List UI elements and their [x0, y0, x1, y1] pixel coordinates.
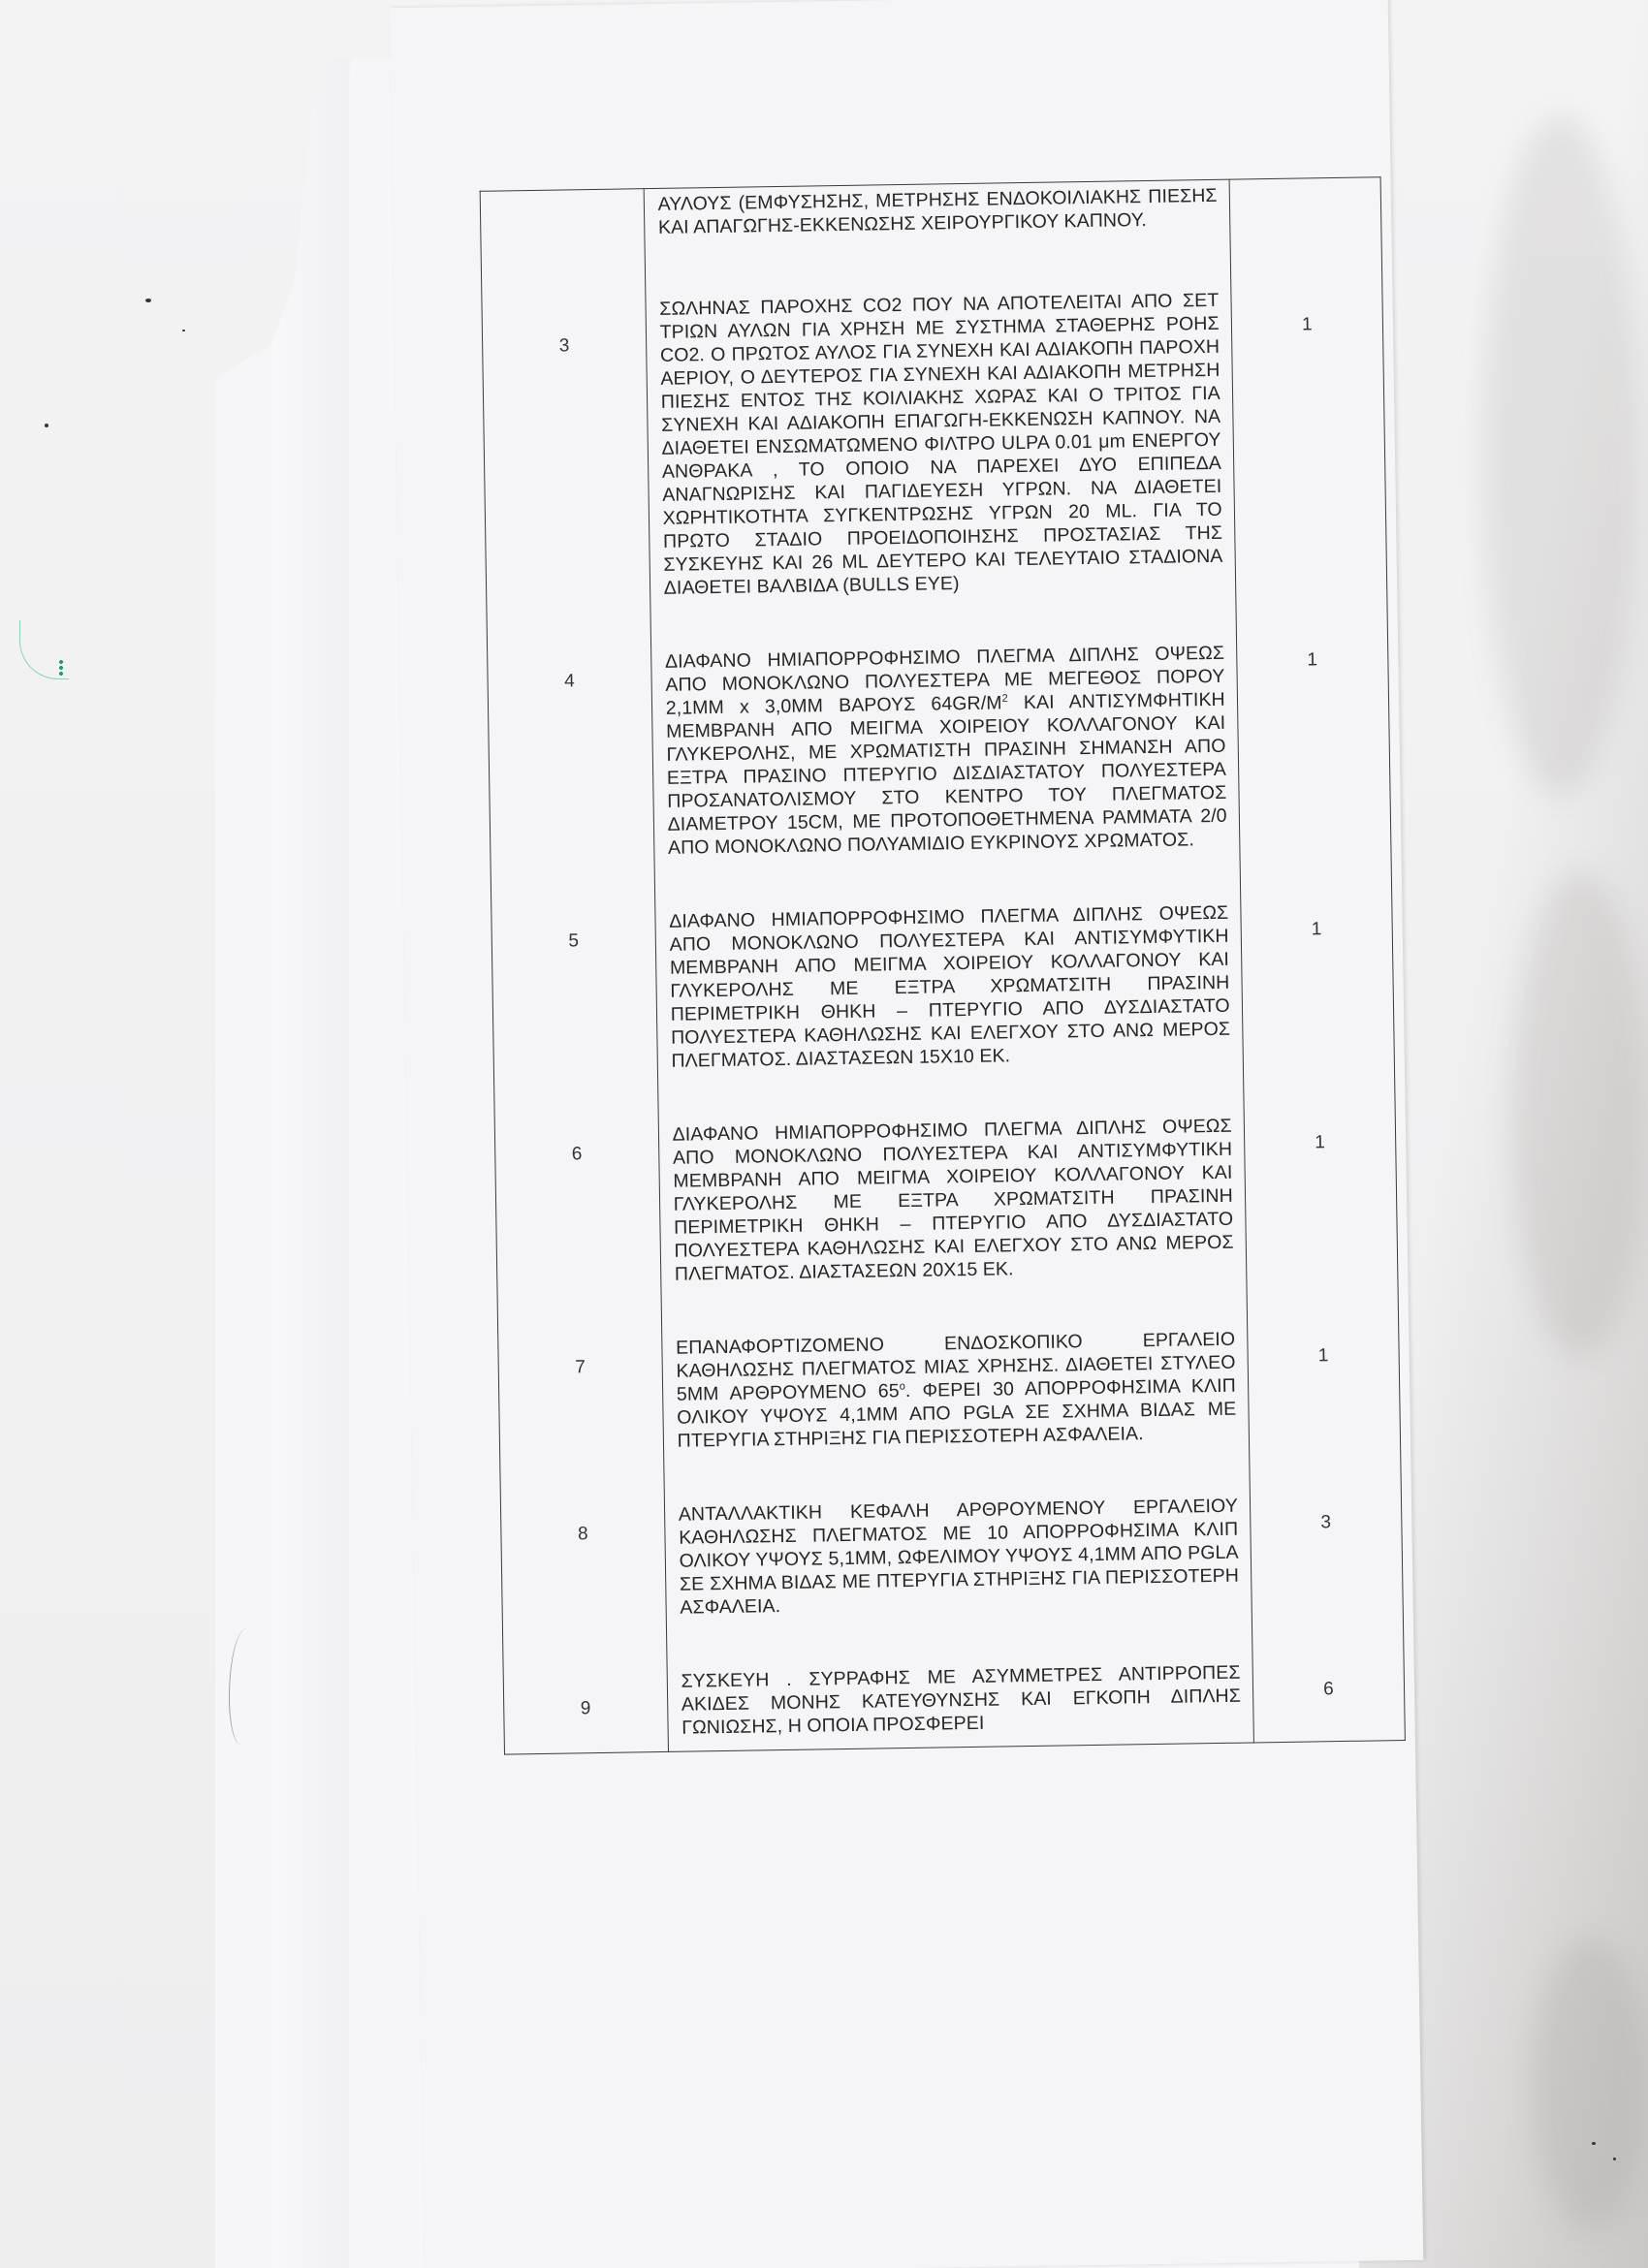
item-quantity: 1	[1248, 1344, 1399, 1368]
scan-smudge	[1483, 116, 1638, 795]
quantity-cell: 1	[1244, 1112, 1399, 1327]
speck-mark	[145, 299, 151, 302]
item-description: ΑΥΛΟΥΣ (ΕΜΦΥΣΗΣΗΣ, ΜΕΤΡΗΣΗΣ ΕΝΔΟΚΟΙΛΙΑΚΗ…	[657, 180, 1219, 294]
table-row: 6 ΔΙΑΦΑΝΟ ΗΜΙΑΠΟΡΡΟΦΗΣΙΜΟ ΠΛΕΓΜΑ ΔΙΠΛΗΣ …	[494, 1112, 1398, 1339]
item-description: ΣΩΛΗΝΑΣ ΠΑΡΟΧΗΣ CO2 ΠΟΥ ΝΑ ΑΠΟΤΕΛΕΙΤΑΙ Α…	[659, 285, 1224, 650]
item-number-cell: 6	[494, 1123, 661, 1339]
item-number-cell: 9	[503, 1670, 668, 1754]
item-number: 9	[504, 1697, 667, 1721]
item-number-cell: 4	[488, 650, 655, 913]
quantity-cell: 1	[1236, 639, 1391, 900]
speck-mark	[45, 424, 48, 427]
item-number: 6	[495, 1143, 658, 1167]
item-number: 8	[501, 1523, 664, 1547]
speck-mark	[182, 330, 185, 331]
item-number-cell: 8	[500, 1503, 666, 1673]
quantity-cell: 1	[1247, 1325, 1401, 1494]
item-number-cell: 7	[498, 1337, 664, 1506]
item-quantity: 6	[1253, 1678, 1405, 1701]
item-description: ΔΙΑΦΑΝΟ ΗΜΙΑΠΟΡΡΟΦΗΣΙΜΟ ΠΛΕΓΜΑ ΔΙΠΛΗΣ ΟΨ…	[669, 901, 1231, 1123]
ink-dots	[58, 659, 64, 677]
item-quantity: 1	[1241, 918, 1392, 941]
table-row: 9 ΣΥΣΚΕΥΗ . ΣΥΡΡΑΦΗΣ ΜΕ ΑΣΥΜΜΕΤΡΕΣ ΑΝΤΙΡ…	[503, 1658, 1405, 1754]
table-row: 4 ΔΙΑΦΑΝΟ ΗΜΙΑΠΟΡΡΟΦΗΣΙΜΟ ΠΛΕΓΜΑ ΔΙΠΛΗΣ …	[488, 639, 1392, 913]
scan-smudge	[1532, 1938, 1648, 2229]
specification-table: 3 ΑΥΛΟΥΣ (ΕΜΦΥΣΗΣΗΣ, ΜΕΤΡΗΣΗΣ ΕΝΔΟΚΟΙΛΙΑ…	[480, 176, 1406, 1754]
folded-edge	[271, 58, 349, 2268]
quantity-cell: 3	[1250, 1492, 1404, 1660]
item-quantity: 1	[1237, 648, 1388, 672]
quantity-cell: 1	[1241, 898, 1396, 1114]
item-number-cell: 5	[491, 910, 658, 1126]
item-description: ΔΙΑΦΑΝΟ ΗΜΙΑΠΟΡΡΟΦΗΣΙΜΟ ΠΛΕΓΜΑ ΔΙΠΛΗΣ ΟΨ…	[665, 642, 1228, 910]
description-cell: ΔΙΑΦΑΝΟ ΗΜΙΑΠΟΡΡΟΦΗΣΙΜΟ ΠΛΕΓΜΑ ΔΙΠΛΗΣ ΟΨ…	[650, 642, 1240, 910]
item-number-cell: 3	[480, 189, 650, 653]
item-description: ΔΙΑΦΑΝΟ ΗΜΙΑΠΟΡΡΟΦΗΣΙΜΟ ΠΛΕΓΜΑ ΔΙΠΛΗΣ ΟΨ…	[673, 1115, 1235, 1337]
item-quantity: 3	[1251, 1511, 1402, 1534]
item-description: ΕΠΑΝΑΦΟΡΤΙΖΟΜΕΝΟ ΕΝΔΟΣΚΟΠΙΚΟ ΕΡΓΑΛΕΙΟ ΚΑ…	[676, 1328, 1238, 1503]
item-quantity: 1	[1232, 313, 1383, 336]
table-row: 8 ΑΝΤΑΛΛΑΚΤΙΚΗ ΚΕΦΑΛΗ ΑΡΘΡΟΥΜΕΝΟΥ ΕΡΓΑΛΕ…	[500, 1492, 1404, 1673]
description-cell: ΔΙΑΦΑΝΟ ΗΜΙΑΠΟΡΡΟΦΗΣΙΜΟ ΠΛΕΓΜΑ ΔΙΠΛΗΣ ΟΨ…	[655, 901, 1244, 1123]
item-description: ΑΝΤΑΛΛΑΚΤΙΚΗ ΚΕΦΑΛΗ ΑΡΘΡΟΥΜΕΝΟΥ ΕΡΓΑΛΕΙΟ…	[679, 1495, 1241, 1670]
scan-smudge	[1512, 872, 1648, 1357]
speck-mark	[1592, 2142, 1596, 2145]
description-cell: ΑΝΤΑΛΛΑΚΤΙΚΗ ΚΕΦΑΛΗ ΑΡΘΡΟΥΜΕΝΟΥ ΕΡΓΑΛΕΙΟ…	[664, 1494, 1252, 1669]
item-number: 7	[499, 1356, 662, 1380]
speck-mark	[1613, 2158, 1616, 2160]
item-description: ΣΥΣΚΕΥΗ . ΣΥΡΡΑΦΗΣ ΜΕ ΑΣΥΜΜΕΤΡΕΣ ΑΝΤΙΡΡΟ…	[681, 1661, 1241, 1751]
description-cell: ΑΥΛΟΥΣ (ΕΜΦΥΣΗΣΗΣ, ΜΕΤΡΗΣΗΣ ΕΝΔΟΚΟΙΛΙΑΚΗ…	[644, 179, 1236, 650]
item-number: 3	[483, 334, 646, 359]
table-row: 3 ΑΥΛΟΥΣ (ΕΜΦΥΣΗΣΗΣ, ΜΕΤΡΗΣΗΣ ΕΝΔΟΚΟΙΛΙΑ…	[480, 177, 1387, 653]
table-row: 5 ΔΙΑΦΑΝΟ ΗΜΙΑΠΟΡΡΟΦΗΣΙΜΟ ΠΛΕΓΜΑ ΔΙΠΛΗΣ …	[491, 898, 1395, 1126]
quantity-cell: 1	[1229, 177, 1388, 642]
item-quantity: 1	[1245, 1131, 1396, 1154]
quantity-cell: 6	[1252, 1658, 1406, 1743]
item-number: 5	[492, 929, 655, 954]
table-row: 7 ΕΠΑΝΑΦΟΡΤΙΖΟΜΕΝΟ ΕΝΔΟΣΚΟΠΙΚΟ ΕΡΓΑΛΕΙΟ …	[498, 1325, 1402, 1506]
item-number: 4	[488, 670, 650, 694]
description-cell: ΔΙΑΦΑΝΟ ΗΜΙΑΠΟΡΡΟΦΗΣΙΜΟ ΠΛΕΓΜΑ ΔΙΠΛΗΣ ΟΨ…	[658, 1115, 1247, 1337]
document-page: 3 ΑΥΛΟΥΣ (ΕΜΦΥΣΗΣΗΣ, ΜΕΤΡΗΣΗΣ ΕΝΔΟΚΟΙΛΙΑ…	[390, 0, 1424, 2268]
description-cell: ΣΥΣΚΕΥΗ . ΣΥΡΡΑΦΗΣ ΜΕ ΑΣΥΜΜΕΤΡΕΣ ΑΝΤΙΡΡΟ…	[667, 1660, 1253, 1751]
description-cell: ΕΠΑΝΑΦΟΡΤΙΖΟΜΕΝΟ ΕΝΔΟΣΚΟΠΙΚΟ ΕΡΓΑΛΕΙΟ ΚΑ…	[661, 1328, 1250, 1503]
